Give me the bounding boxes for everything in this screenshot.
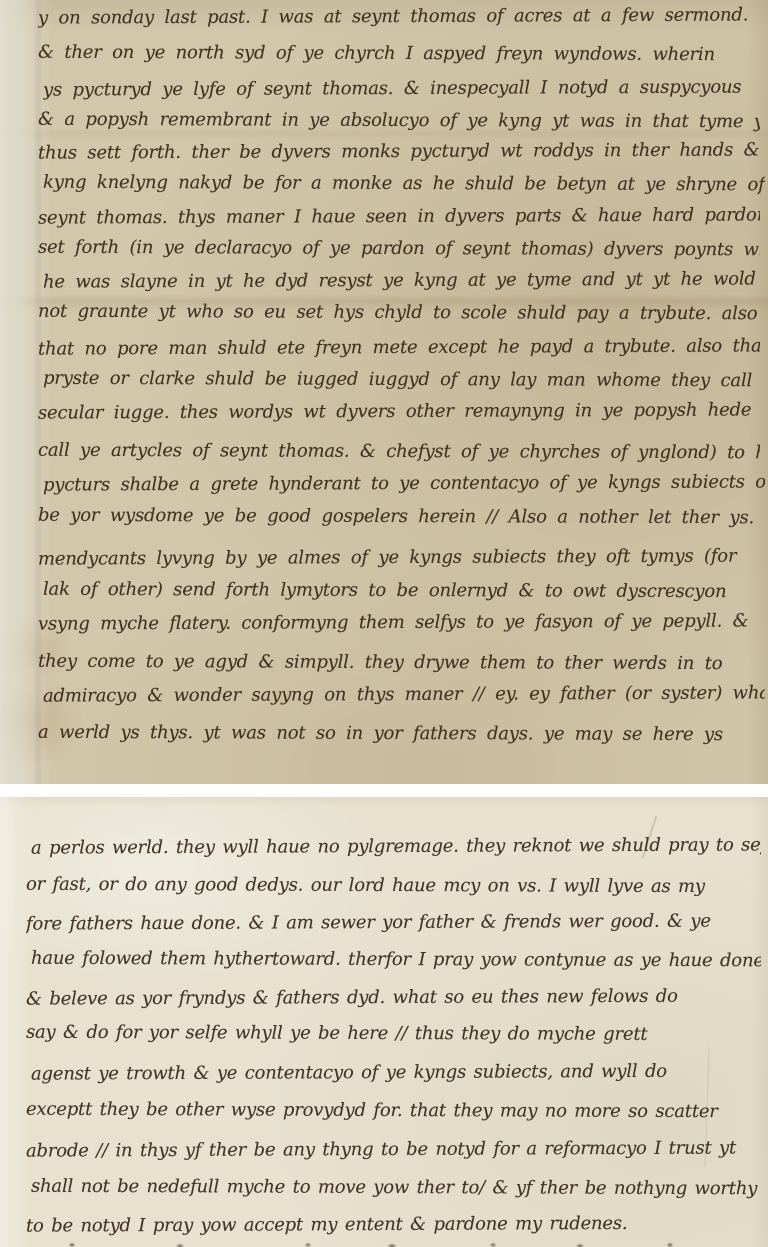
manuscript-line: set forth (in ye declaracyo of ye pardon… [38, 236, 760, 263]
manuscript-line: pryste or clarke shuld be iugged iuggyd … [43, 367, 765, 394]
manuscript-line: a perlos werld. they wyll haue no pylgre… [31, 833, 761, 860]
manuscript-line: & beleve as yor fryndys & fathers dyd. w… [26, 984, 756, 1011]
manuscript-line: secular iugge. thes wordys wt dyvers oth… [38, 398, 760, 425]
manuscript-line: or fast, or do any good dedys. our lord … [26, 873, 756, 900]
manuscript-line: he was slayne in yt he dyd resyst ye kyn… [43, 267, 765, 294]
manuscript-line: pycturs shalbe a grete hynderant to ye c… [43, 470, 765, 497]
manuscript-line: agenst ye trowth & ye contentacyo of ye … [31, 1059, 761, 1086]
manuscript-line: & a popysh remembrant in ye absolucyo of… [38, 108, 760, 135]
manuscript-scan-bottom: a perlos werld. they wyll haue no pylgre… [0, 797, 768, 1247]
manuscript-line: mendycants lyvyng by ye almes of ye kyng… [38, 544, 760, 571]
manuscript-line: ys pycturyd ye lyfe of seynt thomas. & i… [43, 75, 765, 102]
manuscript-screenshot: y on sonday last past. I was at seynt th… [0, 0, 768, 1247]
manuscript-line: say & do for yor selfe whyll ye be here … [26, 1021, 756, 1048]
manuscript-line: abrode // in thys yf ther be any thyng t… [26, 1136, 756, 1163]
manuscript-line: thus sett forth. ther be dyvers monks py… [38, 138, 760, 165]
scan-separator [0, 784, 768, 797]
manuscript-line: exceptt they be other wyse provydyd for.… [26, 1098, 756, 1125]
manuscript-line: that no pore man shuld ete freyn mete ex… [38, 334, 760, 361]
manuscript-line: seynt thomas. thys maner I haue seen in … [38, 203, 760, 230]
manuscript-line: call ye artycles of seynt thomas. & chef… [38, 439, 760, 466]
manuscript-line: a werld ys thys. yt was not so in yor fa… [38, 721, 760, 748]
manuscript-line: y on sonday last past. I was at seynt th… [38, 3, 760, 30]
manuscript-line: kyng knelyng nakyd be for a monke as he … [43, 171, 765, 198]
manuscript-line: vsyng myche flatery. conformyng them sel… [38, 609, 760, 636]
manuscript-line: shall not be nedefull myche to move yow … [31, 1175, 761, 1202]
manuscript-line: admiracyo & wonder sayyng on thys maner … [43, 681, 765, 708]
manuscript-scan-top: y on sonday last past. I was at seynt th… [0, 0, 768, 784]
manuscript-line: to be notyd I pray yow accept my entent … [26, 1211, 756, 1238]
manuscript-line: haue folowed them hythertoward. therfor … [31, 947, 761, 974]
manuscript-line: fore fathers haue done. & I am sewer yor… [26, 909, 756, 936]
cut-off-line-fragments [60, 1237, 700, 1247]
manuscript-line: lak of other) send forth lymytors to be … [43, 578, 765, 605]
manuscript-line: they come to ye agyd & simpyll. they dry… [38, 650, 760, 677]
manuscript-line: be yor wysdome ye be good gospelers here… [38, 504, 760, 531]
manuscript-line: & ther on ye north syd of ye chyrch I as… [38, 41, 760, 68]
manuscript-line: not graunte yt who so eu set hys chyld t… [38, 300, 760, 327]
